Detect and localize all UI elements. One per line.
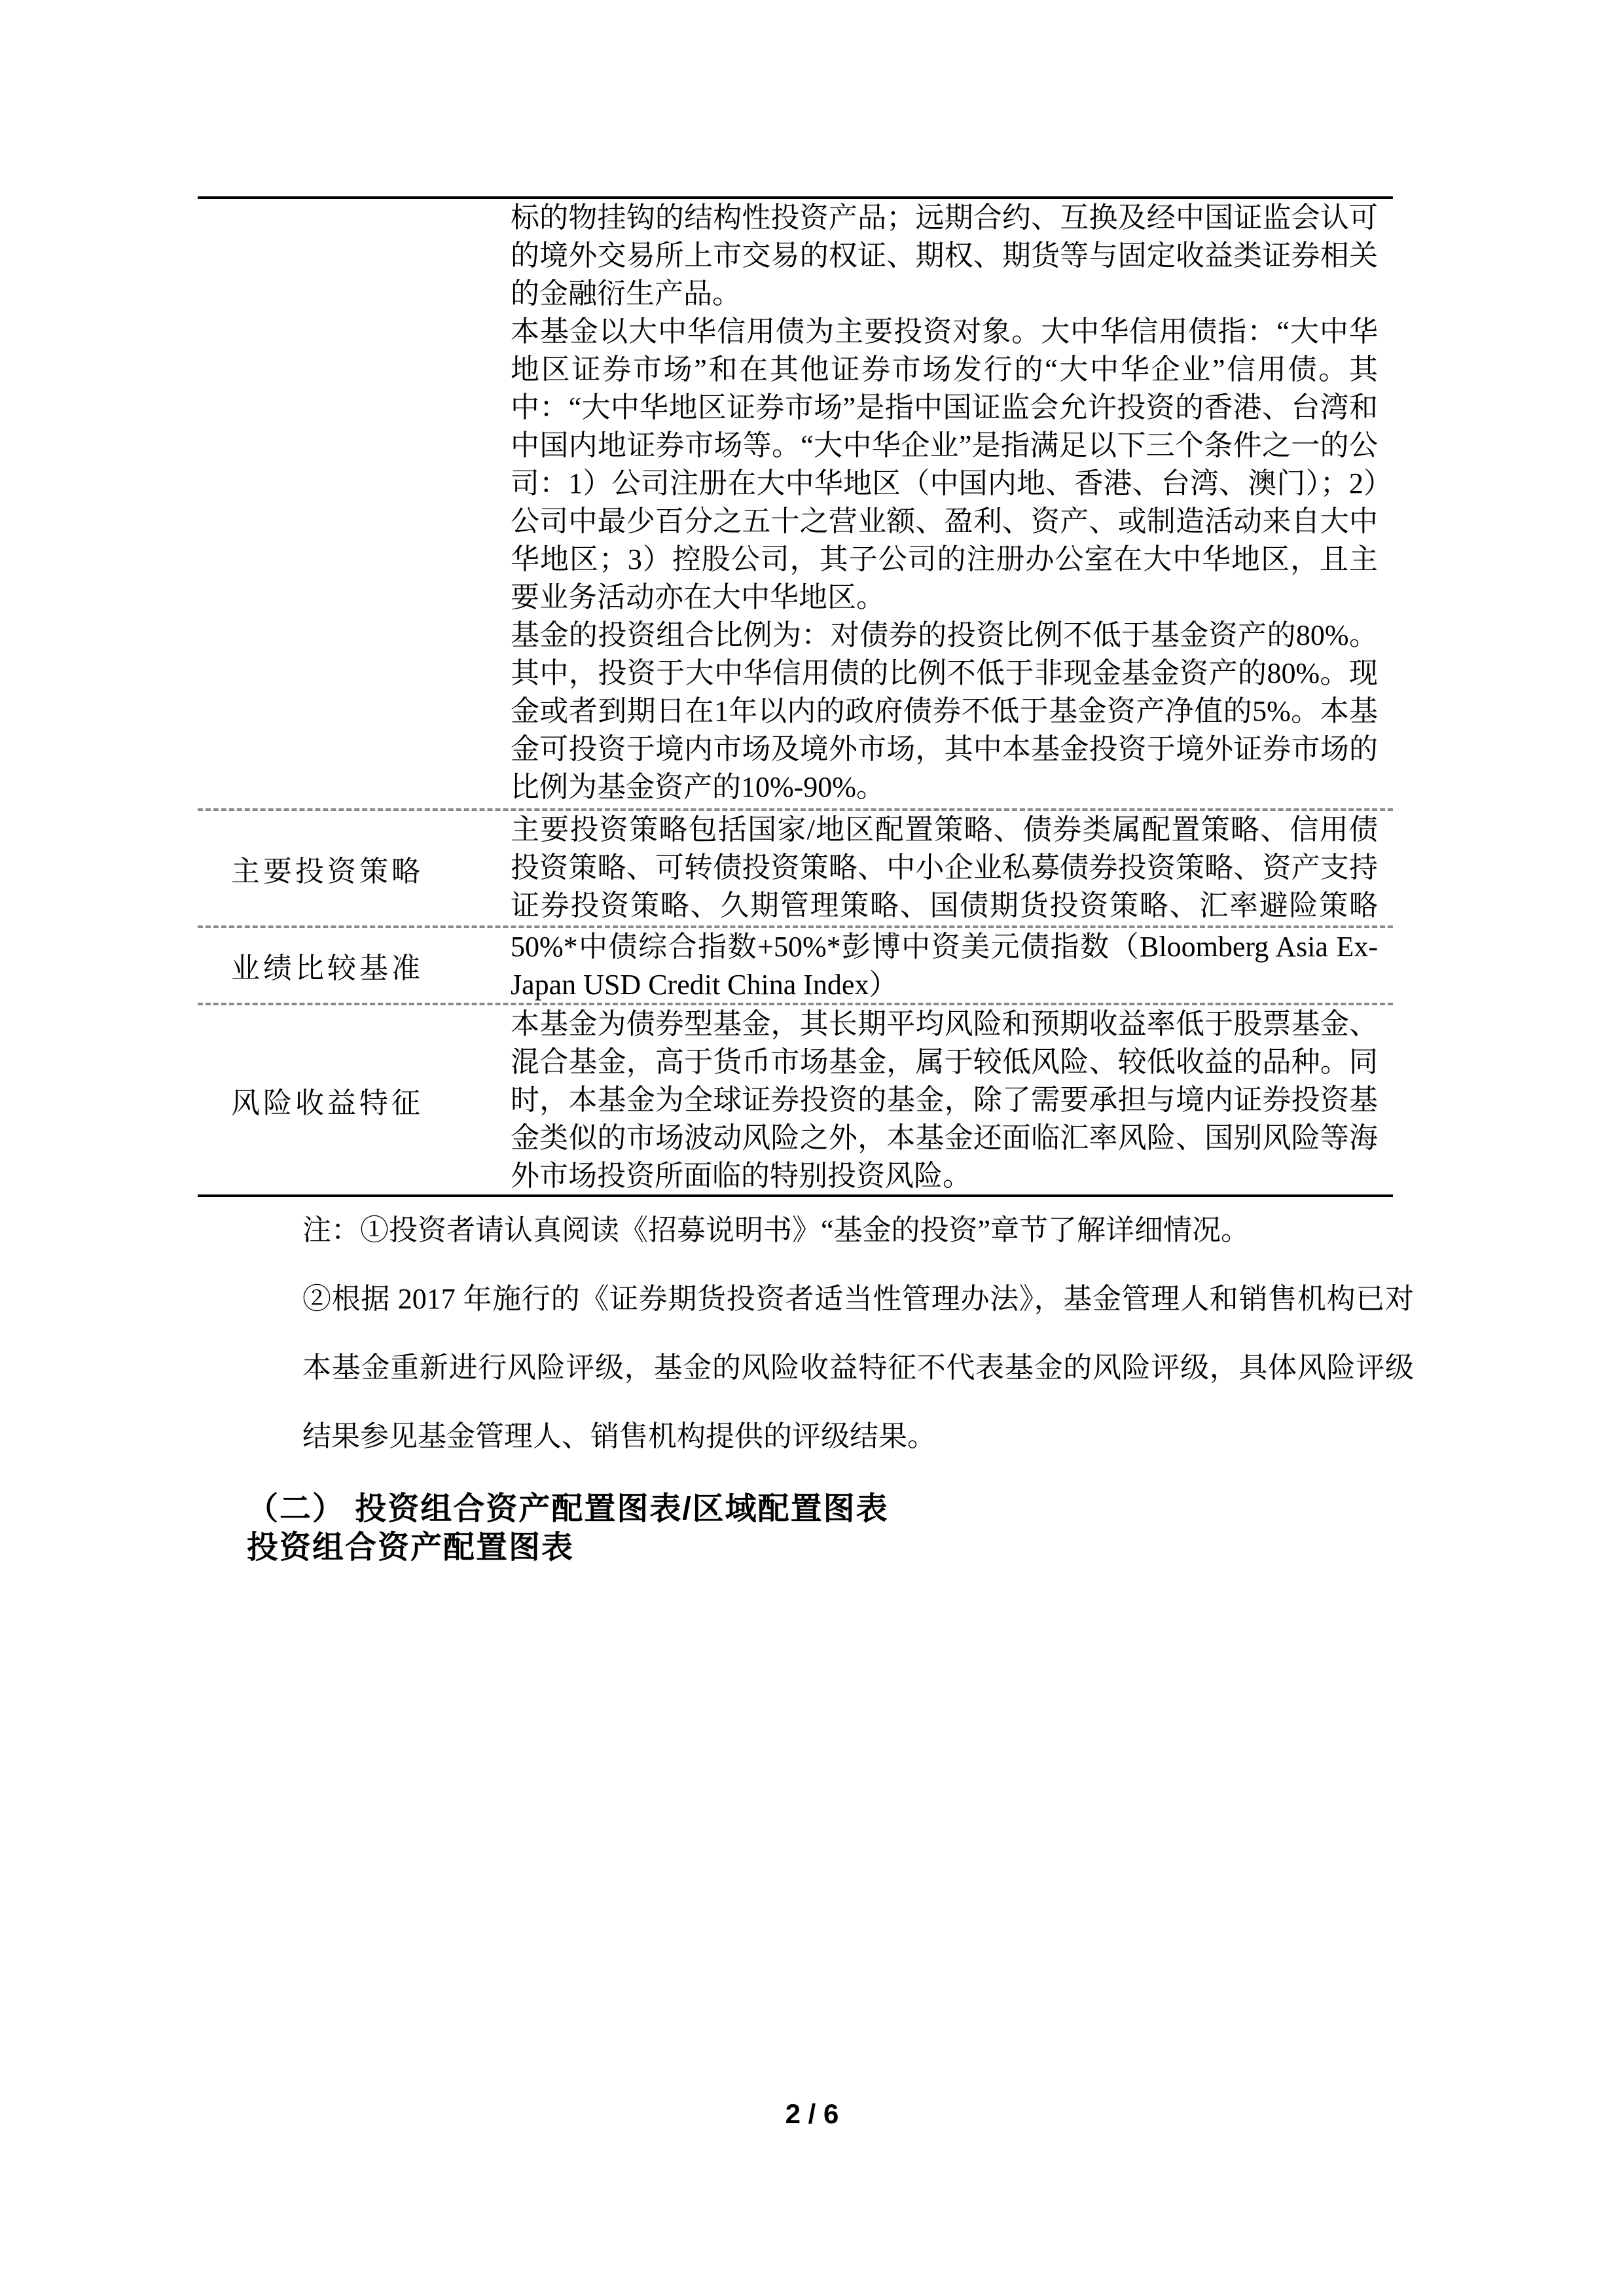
fund-info-table: 标的物挂钩的结构性投资产品；远期合约、互换及经中国证监会认可的境外交易所上市交易…	[198, 196, 1393, 1197]
row-content-risk-return: 本基金为债券型基金，其长期平均风险和预期收益率低于股票基金、混合基金，高于货币市…	[511, 1005, 1393, 1194]
row-label-risk-return: 风险收益特征	[198, 1005, 511, 1194]
paragraph-greater-china-credit: 本基金以大中华信用债为主要投资对象。大中华信用债指：“大中华地区证券市场”和在其…	[511, 313, 1378, 617]
subsection-heading: 投资组合资产配置图表	[247, 1528, 889, 1567]
row-content-benchmark: 50%*中债综合指数+50%*彭博中资美元债指数（Bloomberg Asia …	[511, 928, 1393, 1003]
note-risk-rating: ②根据 2017 年施行的《证券期货投资者适当性管理办法》，基金管理人和销售机构…	[302, 1265, 1414, 1471]
paragraph-strategy: 主要投资策略包括国家/地区配置策略、债券类属配置策略、信用债投资策略、可转债投资…	[511, 811, 1378, 925]
paragraph-benchmark: 50%*中债综合指数+50%*彭博中资美元债指数（Bloomberg Asia …	[511, 928, 1378, 1003]
section-heading: （二） 投资组合资产配置图表/区域配置图表	[247, 1490, 889, 1528]
table-row-fund-scope: 标的物挂钩的结构性投资产品；远期合约、互换及经中国证监会认可的境外交易所上市交易…	[198, 199, 1393, 808]
row-label-benchmark: 业绩比较基准	[198, 928, 511, 1003]
notes-block: 注：①投资者请认真阅读《招募说明书》“基金的投资”章节了解详细情况。 ②根据 2…	[302, 1196, 1414, 1471]
row-content-fund-scope: 标的物挂钩的结构性投资产品；远期合约、互换及经中国证监会认可的境外交易所上市交易…	[511, 199, 1393, 808]
section-headings: （二） 投资组合资产配置图表/区域配置图表 投资组合资产配置图表	[247, 1490, 889, 1567]
table-row-investment-strategy: 主要投资策略 主要投资策略包括国家/地区配置策略、债券类属配置策略、信用债投资策…	[198, 808, 1393, 925]
table-row-risk-return: 风险收益特征 本基金为债券型基金，其长期平均风险和预期收益率低于股票基金、混合基…	[198, 1003, 1393, 1194]
paragraph-risk-return: 本基金为债券型基金，其长期平均风险和预期收益率低于股票基金、混合基金，高于货币市…	[511, 1005, 1378, 1194]
row-content-investment-strategy: 主要投资策略包括国家/地区配置策略、债券类属配置策略、信用债投资策略、可转债投资…	[511, 811, 1393, 925]
row-label-empty	[198, 199, 511, 808]
page-number: 2 / 6	[0, 2098, 1624, 2130]
row-label-investment-strategy: 主要投资策略	[198, 811, 511, 925]
paragraph-portfolio-ratio: 基金的投资组合比例为：对债券的投资比例不低于基金资产的80%。其中，投资于大中华…	[511, 617, 1378, 806]
document-page: 标的物挂钩的结构性投资产品；远期合约、互换及经中国证监会认可的境外交易所上市交易…	[0, 0, 1624, 2296]
paragraph-derivatives: 标的物挂钩的结构性投资产品；远期合约、互换及经中国证监会认可的境外交易所上市交易…	[511, 199, 1378, 313]
note-read-prospectus: 注：①投资者请认真阅读《招募说明书》“基金的投资”章节了解详细情况。	[302, 1196, 1414, 1265]
table-row-benchmark: 业绩比较基准 50%*中债综合指数+50%*彭博中资美元债指数（Bloomber…	[198, 925, 1393, 1003]
